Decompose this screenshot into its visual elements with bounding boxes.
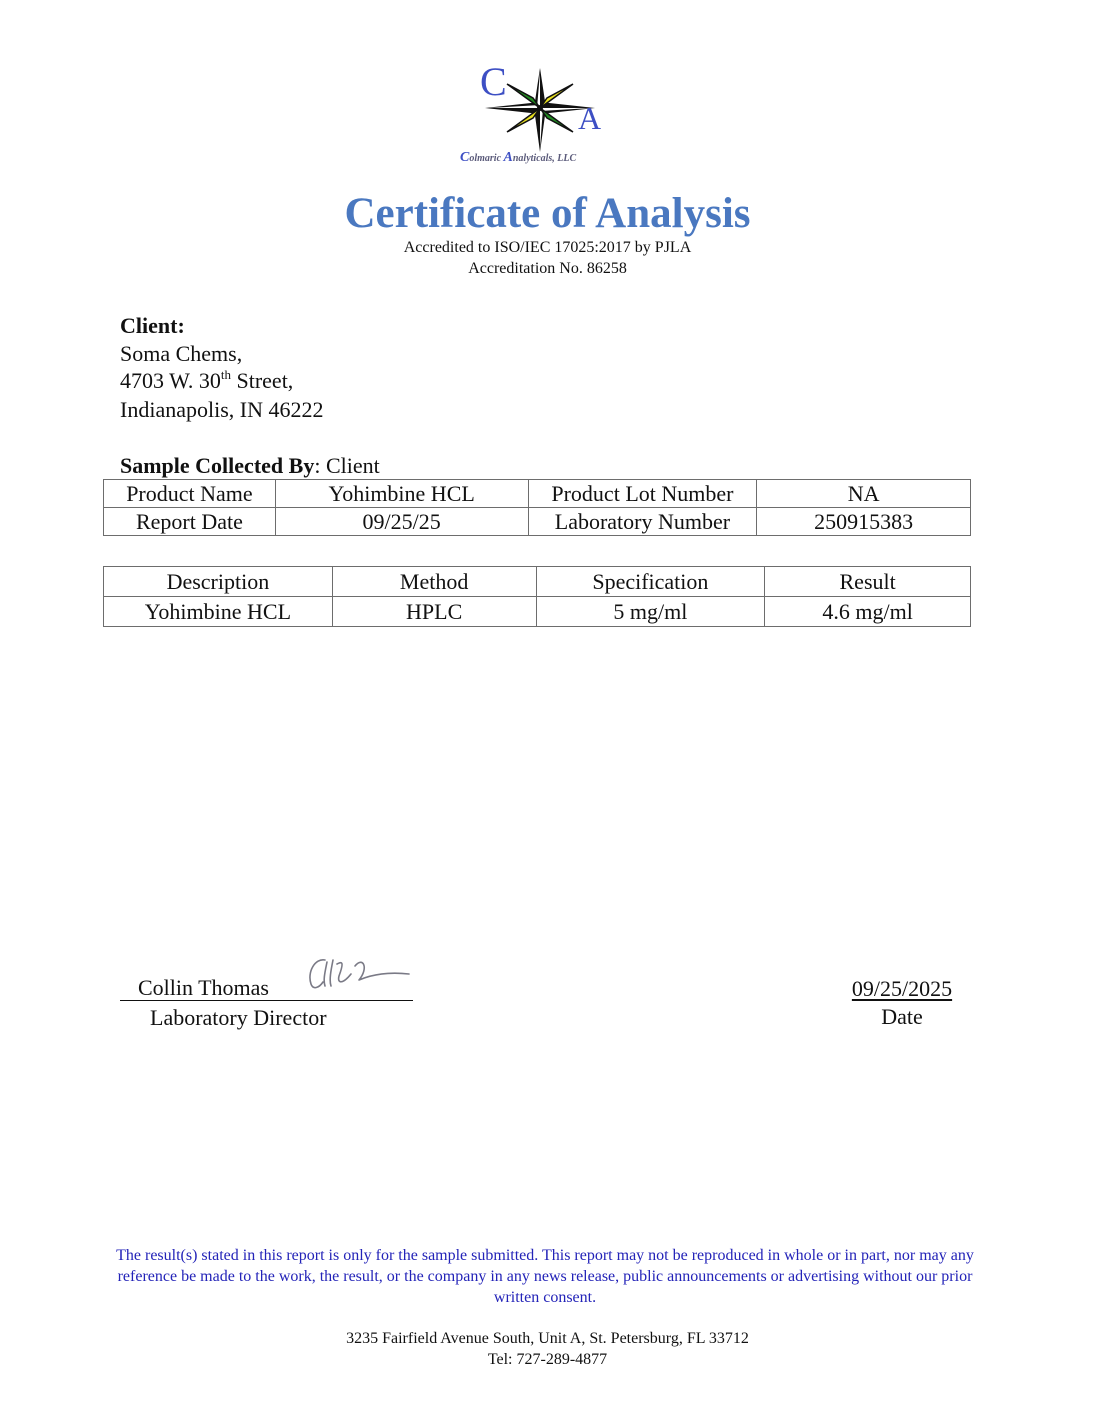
lab-address: 3235 Fairfield Avenue South, Unit A, St.…: [0, 1328, 1095, 1349]
lot-number-label: Product Lot Number: [528, 480, 757, 508]
signer-name: Collin Thomas: [120, 976, 413, 1001]
product-info-table: Product Name Yohimbine HCL Product Lot N…: [103, 479, 971, 536]
disclaimer-text: The result(s) stated in this report is o…: [115, 1245, 975, 1308]
table-row: Report Date 09/25/25 Laboratory Number 2…: [104, 508, 971, 536]
lab-number-value: 250915383: [757, 508, 971, 536]
logo-letter-a: A: [578, 102, 601, 134]
header-specification: Specification: [536, 567, 765, 597]
accreditation-line: Accredited to ISO/IEC 17025:2017 by PJLA: [0, 239, 1095, 257]
client-name: Soma Chems,: [120, 343, 242, 365]
header-description: Description: [104, 567, 333, 597]
lab-contact: 3235 Fairfield Avenue South, Unit A, St.…: [0, 1328, 1095, 1370]
report-date-label: Report Date: [104, 508, 276, 536]
cell-result: 4.6 mg/ml: [765, 597, 971, 627]
header-method: Method: [332, 567, 536, 597]
cell-description: Yohimbine HCL: [104, 597, 333, 627]
product-name-label: Product Name: [104, 480, 276, 508]
client-street: 4703 W. 30th Street,: [120, 370, 293, 392]
signature-block: Collin Thomas Laboratory Director: [120, 950, 415, 1035]
sample-collected-by: Sample Collected By: Client: [120, 455, 380, 477]
header-result: Result: [765, 567, 971, 597]
table-row: Yohimbine HCL HPLC 5 mg/ml 4.6 mg/ml: [104, 597, 971, 627]
sample-collected-label: Sample Collected By: [120, 453, 314, 478]
lab-number-label: Laboratory Number: [528, 508, 757, 536]
logo-company-name: Colmaric Analyticals, LLC: [460, 150, 635, 166]
page-title: Certificate of Analysis: [0, 190, 1095, 237]
signature-date: 09/25/2025: [852, 976, 952, 1002]
company-logo: C A Colmaric Analyticals, LLC: [455, 62, 635, 172]
table-header-row: Description Method Specification Result: [104, 567, 971, 597]
sample-collected-value: Client: [326, 453, 380, 478]
cell-specification: 5 mg/ml: [536, 597, 765, 627]
lab-phone: Tel: 727-289-4877: [0, 1349, 1095, 1370]
lot-number-value: NA: [757, 480, 971, 508]
report-date-value: 09/25/25: [275, 508, 528, 536]
table-row: Product Name Yohimbine HCL Product Lot N…: [104, 480, 971, 508]
results-table: Description Method Specification Result …: [103, 566, 971, 627]
date-label: Date: [838, 1002, 966, 1032]
accreditation-number: Accreditation No. 86258: [0, 260, 1095, 278]
client-city: Indianapolis, IN 46222: [120, 399, 323, 421]
signer-title: Laboratory Director: [150, 1005, 327, 1031]
cell-method: HPLC: [332, 597, 536, 627]
client-label: Client:: [120, 315, 185, 337]
signature-date-block: 09/25/2025 Date: [838, 976, 966, 1032]
product-name-value: Yohimbine HCL: [275, 480, 528, 508]
